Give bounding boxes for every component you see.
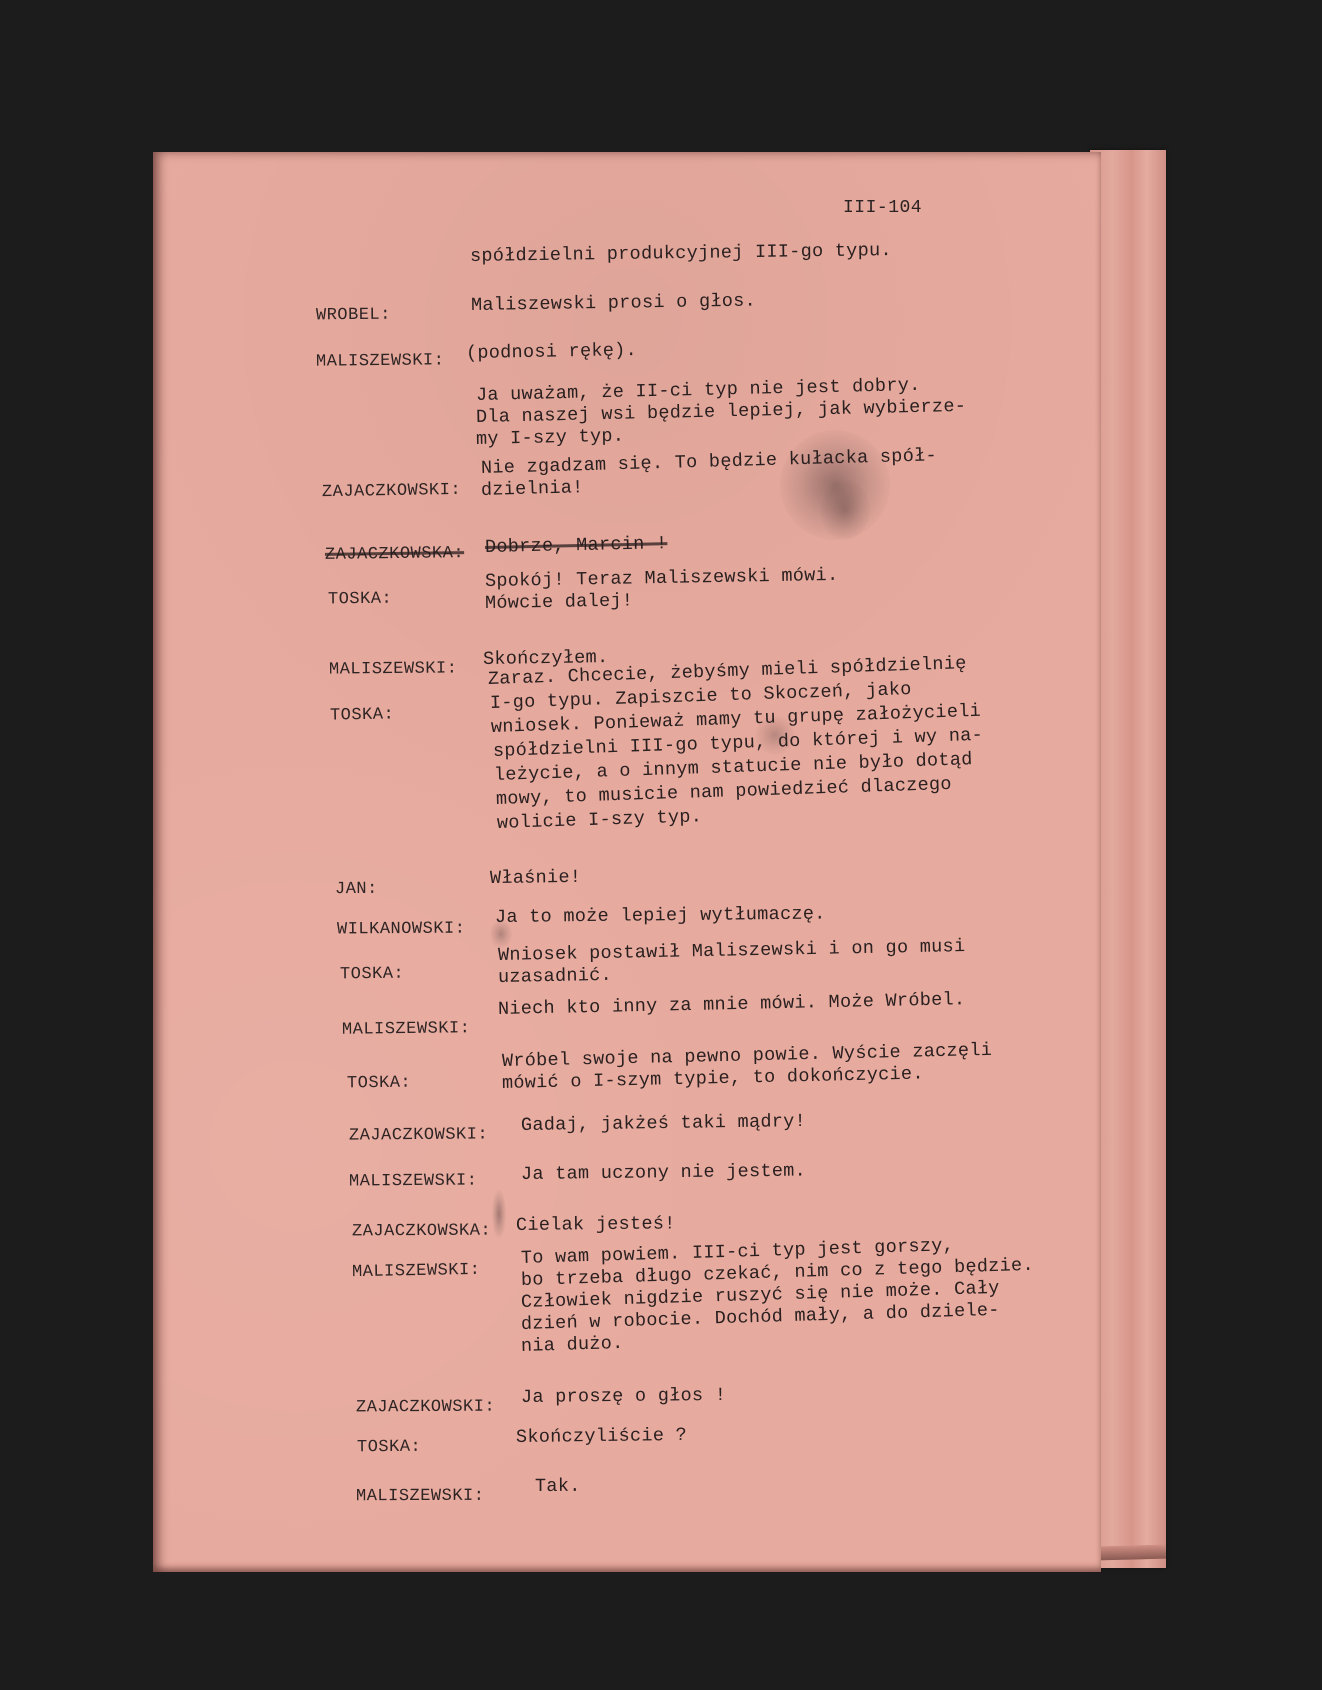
dialogue-line: Tak. — [535, 1477, 581, 1497]
speaker-name: ZAJACZKOWSKI: — [349, 1125, 488, 1146]
speaker-name: TOSKA: — [328, 590, 392, 611]
speaker-name: TOSKA: — [357, 1438, 421, 1458]
dialogue-line: Skończyliście ? — [516, 1426, 687, 1448]
dialogue-line: Ja proszę o głos ! — [521, 1386, 726, 1408]
speaker-name: TOSKA: — [330, 705, 395, 726]
speaker-name: MALISZEWSKI: — [349, 1172, 478, 1193]
speaker-name: JAN: — [335, 880, 378, 900]
speaker-name: MALISZEWSKI: — [352, 1261, 481, 1283]
dialogue-line: Ja to może lepiej wytłumaczę. — [495, 905, 826, 928]
speaker-name: MALISZEWSKI: — [356, 1487, 484, 1507]
speaker-name: WROBEL: — [316, 306, 391, 327]
page-number: III-104 — [843, 198, 922, 218]
dialogue-line: Dobrze, Marcin ! — [485, 534, 668, 558]
speaker-name: WILKANOWSKI: — [337, 920, 466, 941]
speaker-name: MALISZEWSKI: — [316, 351, 445, 372]
dialogue-line: nia dużo. — [521, 1334, 624, 1357]
dialogue-line: Cielak jesteś! — [516, 1214, 676, 1236]
typewritten-page — [153, 152, 1101, 1572]
page-stack-edge — [1090, 150, 1166, 1568]
dialogue-line: Gadaj, jakżeś taki mądry! — [521, 1112, 806, 1136]
speaker-name: ZAJACZKOWSKA: — [352, 1222, 491, 1243]
dialogue-line: (podnosi rękę). — [466, 341, 637, 364]
dialogue-line: uzasadnić. — [498, 966, 612, 988]
dialogue-line: Mówcie dalej! — [485, 591, 634, 614]
speaker-name: ZAJACZKOWSKI: — [356, 1398, 495, 1419]
dialogue-line: dzielnia! — [481, 478, 584, 501]
speaker-name: ZAJACZKOWSKA: — [325, 544, 464, 566]
dialogue-line: my I-szy typ. — [476, 427, 625, 450]
dialogue-line: Właśnie! — [490, 868, 581, 889]
speaker-name: TOSKA: — [347, 1074, 411, 1095]
speaker-name: TOSKA: — [340, 965, 404, 986]
speaker-name: ZAJACZKOWSKI: — [322, 481, 461, 503]
speaker-name: MALISZEWSKI: — [342, 1019, 471, 1041]
dialogue-line: Ja tam uczony nie jestem. — [521, 1162, 806, 1185]
speaker-name: MALISZEWSKI: — [329, 659, 458, 680]
